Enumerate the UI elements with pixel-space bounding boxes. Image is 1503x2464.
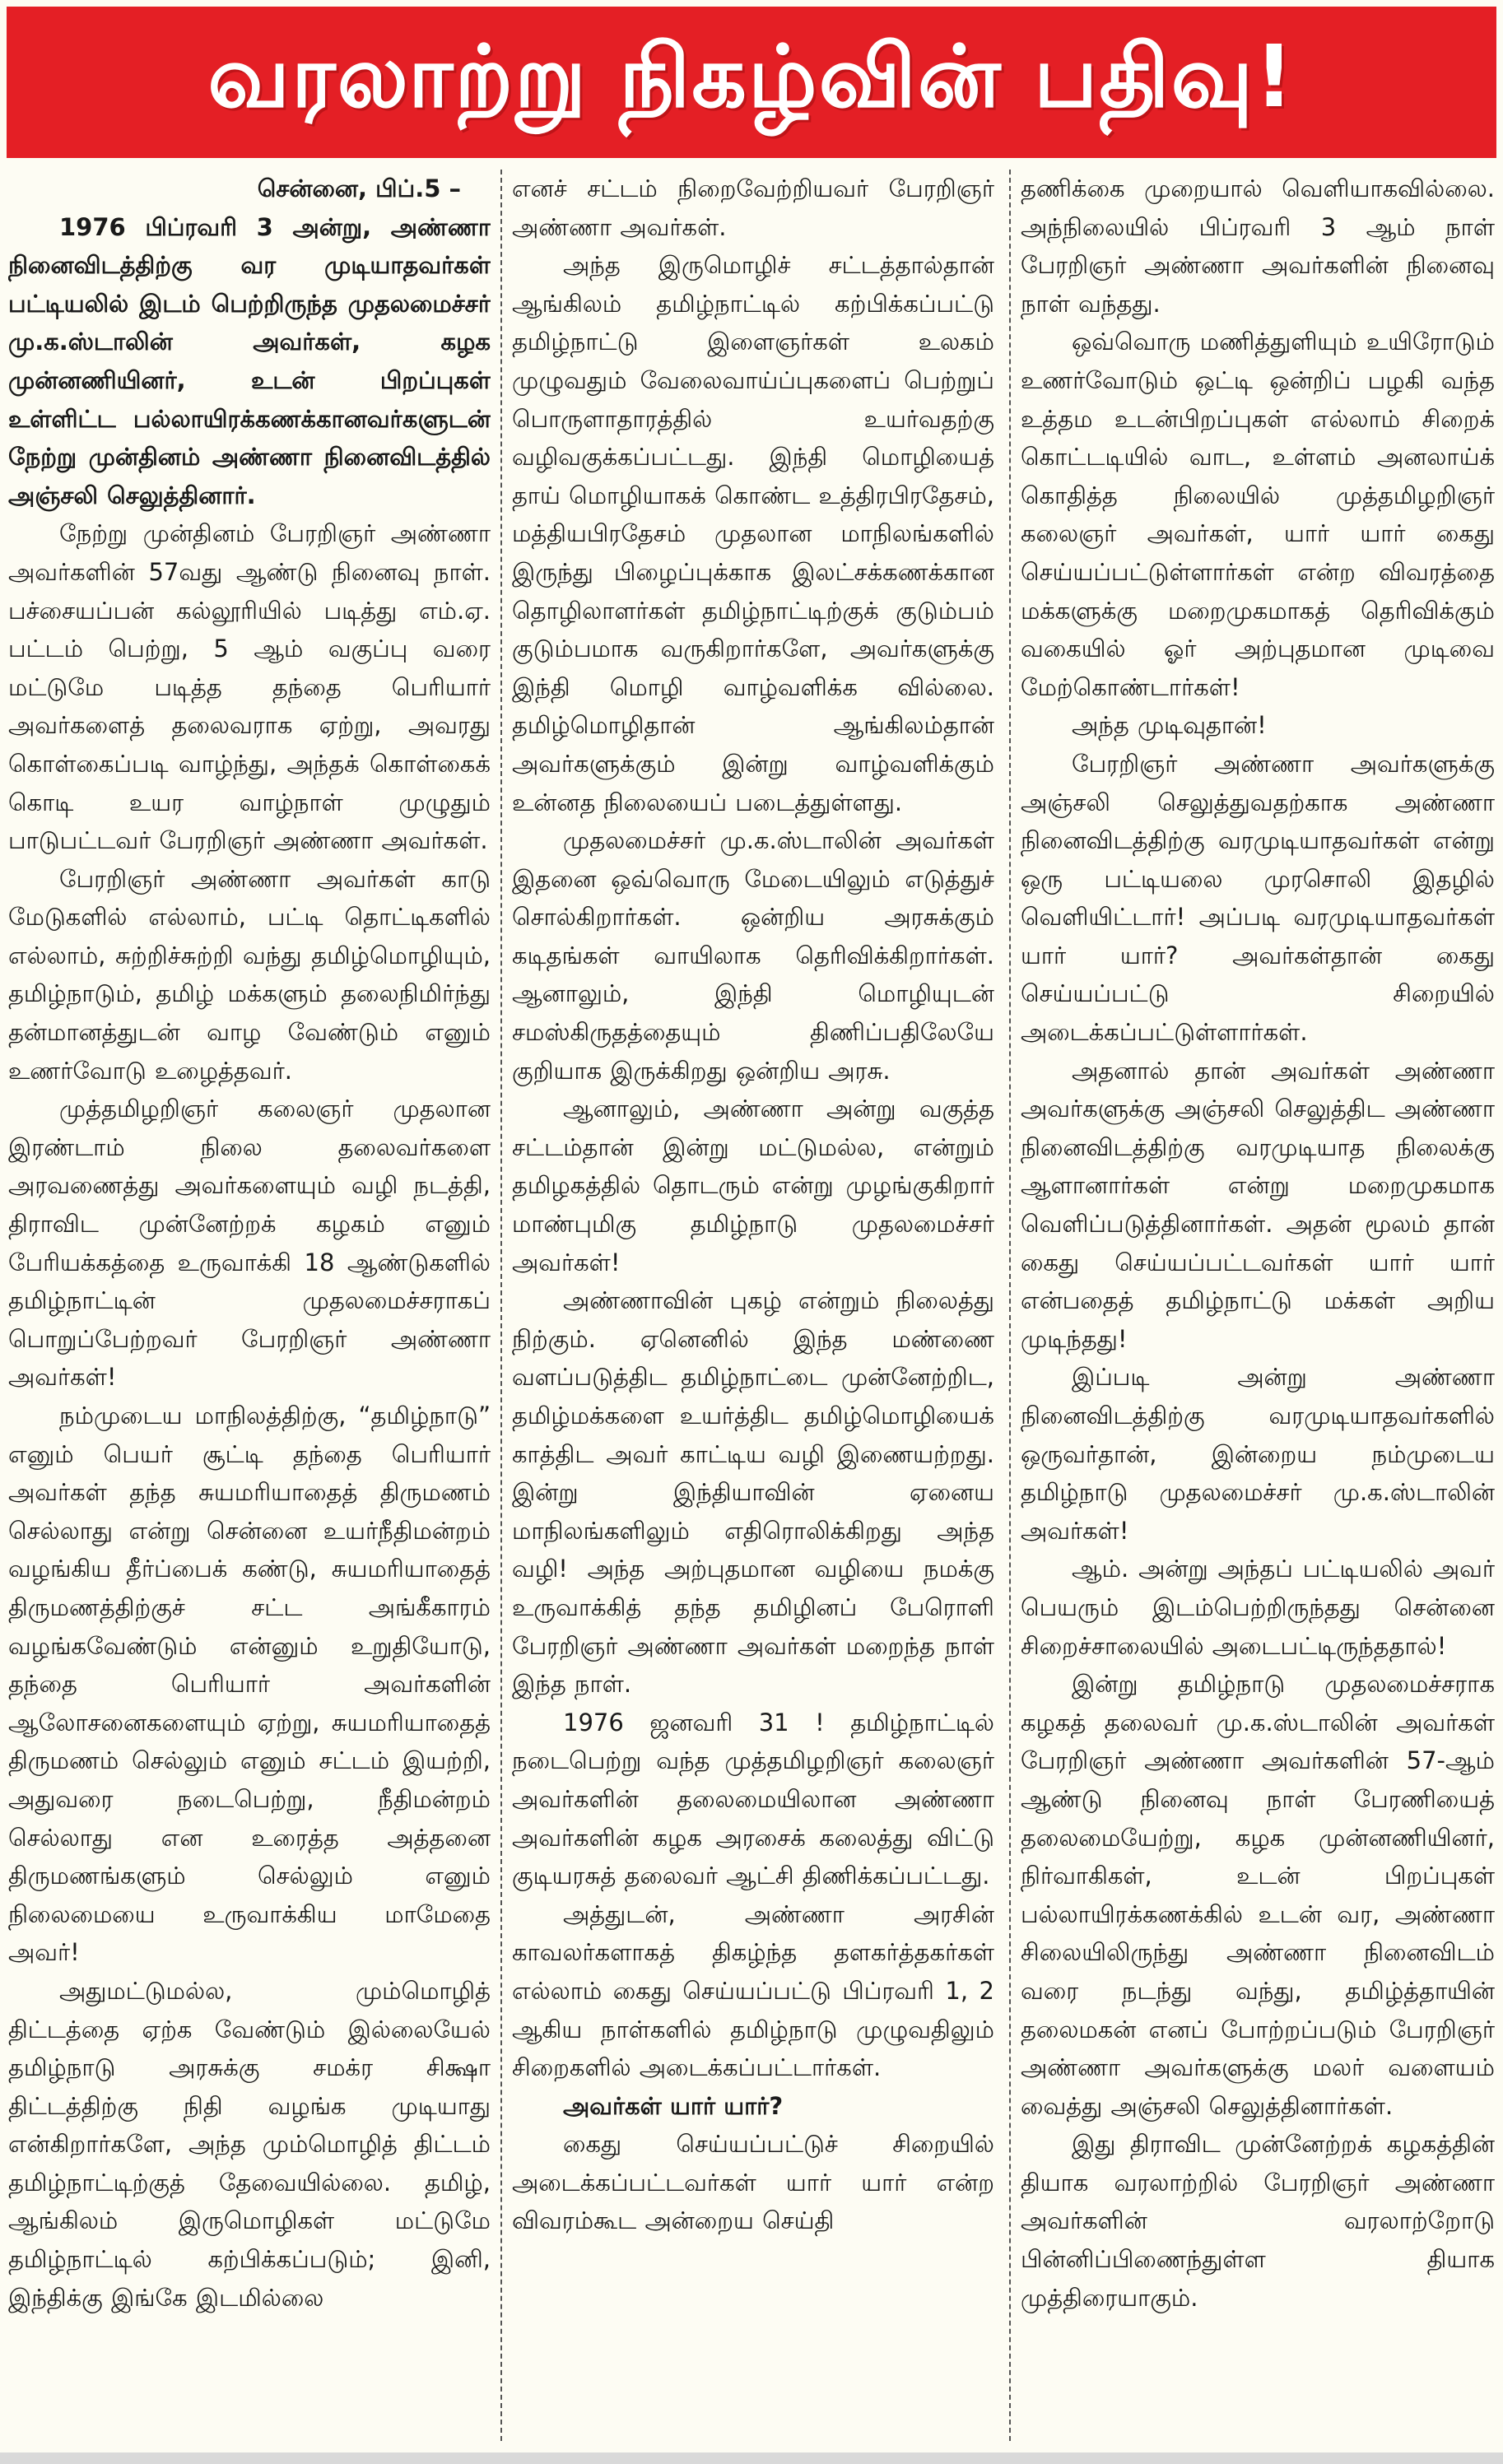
headline-title: வரலாற்று நிகழ்வின் பதிவு! [207, 26, 1295, 138]
paragraph: அந்த இருமொழிச் சட்டத்தால்தான் ஆங்கிலம் த… [512, 246, 994, 821]
paragraph: ஆனாலும், அண்ணா அன்று வகுத்த சட்டம்தான் இ… [512, 1090, 994, 1281]
paragraph: பேரறிஞர் அண்ணா அவர்கள் காடு மேடுகளில் எல… [8, 860, 491, 1090]
paragraph: ஆம். அன்று அந்தப் பட்டியலில் அவர் பெயரும… [1021, 1550, 1495, 1665]
headline-banner: வரலாற்று நிகழ்வின் பதிவு! [7, 7, 1496, 158]
paragraph: 1976 ஜனவரி 31 ! தமிழ்நாட்டில் நடைபெற்று … [512, 1704, 994, 1895]
paragraph: ஒவ்வொரு மணித்துளியும் உயிரோடும் உணர்வோடு… [1021, 323, 1495, 706]
dateline: சென்னை, பிப்.5 – [8, 170, 491, 208]
lead-paragraph: 1976 பிப்ரவரி 3 அன்று, அண்ணா நினைவிடத்தி… [8, 208, 491, 515]
paragraph: நம்முடைய மாநிலத்திற்கு, “தமிழ்நாடு” எனும… [8, 1397, 491, 1972]
article-column-1: சென்னை, பிப்.5 – 1976 பிப்ரவரி 3 அன்று, … [8, 170, 491, 2441]
paragraph: இன்று தமிழ்நாடு முதலமைச்சராக கழகத் தலைவர… [1021, 1665, 1495, 2125]
paragraph: கைது செய்யப்பட்டுச் சிறையில் அடைக்கப்பட்… [512, 2125, 994, 2240]
paragraph: நேற்று முன்தினம் பேரறிஞர் அண்ணா அவர்களின… [8, 514, 491, 859]
page-bottom-edge [0, 2452, 1503, 2464]
paragraph: முத்தமிழறிஞர் கலைஞர் முதலான இரண்டாம் நில… [8, 1090, 491, 1397]
paragraph-continued: தணிக்கை முறையால் வெளியாகவில்லை. அந்நிலைய… [1021, 170, 1495, 323]
paragraph-continued: எனச் சட்டம் நிறைவேற்றியவர் பேரறிஞர் அண்ண… [512, 170, 994, 246]
paragraph: அதனால் தான் அவர்கள் அண்ணா அவர்களுக்கு அஞ… [1021, 1052, 1495, 1359]
article-column-2: எனச் சட்டம் நிறைவேற்றியவர் பேரறிஞர் அண்ண… [512, 170, 994, 2441]
paragraph: முதலமைச்சர் மு.க.ஸ்டாலின் அவர்கள் இதனை ஒ… [512, 821, 994, 1090]
article-body: சென்னை, பிப்.5 – 1976 பிப்ரவரி 3 அன்று, … [0, 170, 1503, 2441]
subheading: அவர்கள் யார் யார்? [512, 2087, 994, 2126]
paragraph: பேரறிஞர் அண்ணா அவர்களுக்கு அஞ்சலி செலுத்… [1021, 745, 1495, 1052]
paragraph: இப்படி அன்று அண்ணா நினைவிடத்திற்கு வரமுட… [1021, 1358, 1495, 1550]
paragraph: அதுமட்டுமல்ல, மும்மொழித் திட்டத்தை ஏற்க … [8, 1972, 491, 2317]
paragraph: இது திராவிட முன்னேற்றக் கழகத்தின் தியாக … [1021, 2125, 1495, 2317]
paragraph: அத்துடன், அண்ணா அரசின் காவலர்களாகத் திகழ… [512, 1895, 994, 2087]
article-column-3: தணிக்கை முறையால் வெளியாகவில்லை. அந்நிலைய… [1021, 170, 1495, 2441]
newspaper-page: வரலாற்று நிகழ்வின் பதிவு! சென்னை, பிப்.5… [0, 0, 1503, 2464]
paragraph: அந்த முடிவுதான்! [1021, 706, 1495, 745]
paragraph: அண்ணாவின் புகழ் என்றும் நிலைத்து நிற்கும… [512, 1281, 994, 1704]
